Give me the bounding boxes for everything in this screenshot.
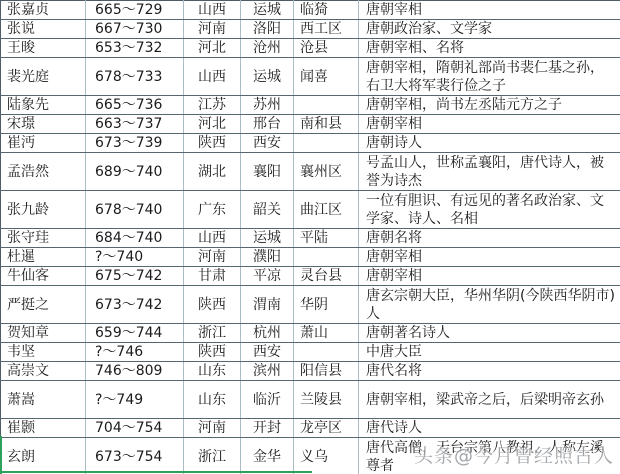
- table-row: 牛仙客675～742甘肃平凉灵台县唐朝宰相: [1, 267, 620, 286]
- cell-years[interactable]: 665～729: [86, 1, 184, 20]
- cell-district[interactable]: 华阴: [294, 286, 359, 324]
- cell-province[interactable]: 河北: [184, 39, 241, 58]
- selection-border-bottom: [0, 471, 312, 473]
- cell-description[interactable]: 唐朝宰相，梁武帝之后，后梁明帝玄孙: [359, 381, 620, 419]
- cell-city[interactable]: 韶关: [241, 191, 294, 229]
- cell-province[interactable]: 陕西: [184, 343, 241, 362]
- cell-district[interactable]: [294, 134, 359, 153]
- table-row: 孟浩然689～740湖北襄阳襄州区号孟山人，世称孟襄阳，唐代诗人，被誉为诗杰: [1, 153, 620, 191]
- cell-province[interactable]: 河南: [184, 248, 241, 267]
- cell-city[interactable]: 渭南: [241, 286, 294, 324]
- cell-name[interactable]: 牛仙客: [1, 267, 86, 286]
- table-row: 张九龄678～740广东韶关曲江区一位有胆识、有远见的著名政治家、文学家、诗人、…: [1, 191, 620, 229]
- cell-district[interactable]: 兰陵县: [294, 381, 359, 419]
- table-row: 韦坚?～746陕西西安中唐大臣: [1, 343, 620, 362]
- cell-years[interactable]: 678～740: [86, 191, 184, 229]
- cell-city[interactable]: 运城: [241, 229, 294, 248]
- cell-province[interactable]: 陕西: [184, 134, 241, 153]
- cell-years[interactable]: 746～809: [86, 362, 184, 381]
- table-row: 王晙653～732河北沧州沧县唐朝宰相、名将: [1, 39, 620, 58]
- cell-years[interactable]: ?～740: [86, 248, 184, 267]
- table-row: 严挺之673～742陕西渭南华阴唐玄宗朝大臣，华州华阴(今陕西华阴市)人: [1, 286, 620, 324]
- spreadsheet-screenshot: 张嘉贞665～729山西运城临猗唐朝宰相张说667～730河南洛阳西工区唐朝政治…: [0, 0, 620, 474]
- cell-name[interactable]: 贺知章: [1, 324, 86, 343]
- cell-city[interactable]: 杭州: [241, 324, 294, 343]
- cell-province[interactable]: 陕西: [184, 286, 241, 324]
- cell-district[interactable]: 西工区: [294, 20, 359, 39]
- cell-district[interactable]: 南和县: [294, 115, 359, 134]
- cell-district[interactable]: 临猗: [294, 1, 359, 20]
- cell-years[interactable]: 673～742: [86, 286, 184, 324]
- cell-district[interactable]: 灵台县: [294, 267, 359, 286]
- cell-years[interactable]: 673～739: [86, 134, 184, 153]
- cell-name[interactable]: 张嘉贞: [1, 1, 86, 20]
- cell-description[interactable]: 唐朝宰相: [359, 115, 620, 134]
- cell-name[interactable]: 孟浩然: [1, 153, 86, 191]
- cell-district[interactable]: [294, 343, 359, 362]
- cell-years[interactable]: 675～742: [86, 267, 184, 286]
- cell-city[interactable]: 运城: [241, 58, 294, 96]
- table-row: 玄朗673～754浙江金华义乌唐代高僧，天台宗第八教祖，人称左溪尊者: [1, 438, 620, 474]
- cell-name[interactable]: 严挺之: [1, 286, 86, 324]
- cell-province[interactable]: 浙江: [184, 438, 241, 474]
- table-body: 张嘉贞665～729山西运城临猗唐朝宰相张说667～730河南洛阳西工区唐朝政治…: [1, 1, 620, 474]
- table-row: 崔颢704～754河南开封龙亭区唐代诗人: [1, 419, 620, 438]
- cell-name[interactable]: 杜暹: [1, 248, 86, 267]
- table-row: 张嘉贞665～729山西运城临猗唐朝宰相: [1, 1, 620, 20]
- cell-district[interactable]: 义乌: [294, 438, 359, 474]
- cell-name[interactable]: 韦坚: [1, 343, 86, 362]
- cell-city[interactable]: 开封: [241, 419, 294, 438]
- cell-name[interactable]: 宋璟: [1, 115, 86, 134]
- cell-district[interactable]: 龙亭区: [294, 419, 359, 438]
- cell-name[interactable]: 萧嵩: [1, 381, 86, 419]
- cell-city[interactable]: 襄阳: [241, 153, 294, 191]
- cell-city[interactable]: 平凉: [241, 267, 294, 286]
- cell-city[interactable]: 苏州: [241, 96, 294, 115]
- cell-years[interactable]: 653～732: [86, 39, 184, 58]
- cell-city[interactable]: 临沂: [241, 381, 294, 419]
- cell-district[interactable]: 闻喜: [294, 58, 359, 96]
- cell-city[interactable]: 洛阳: [241, 20, 294, 39]
- cell-name[interactable]: 裴光庭: [1, 58, 86, 96]
- cell-city[interactable]: 滨州: [241, 362, 294, 381]
- cell-city[interactable]: 西安: [241, 134, 294, 153]
- cell-name[interactable]: 张说: [1, 20, 86, 39]
- cell-city[interactable]: 邢台: [241, 115, 294, 134]
- cell-description[interactable]: 唐朝诗人: [359, 134, 620, 153]
- cell-district[interactable]: [294, 248, 359, 267]
- cell-description[interactable]: 唐朝宰相，隋朝礼部尚书裴仁基之孙，右卫大将军裴行俭之子: [359, 58, 620, 96]
- cell-years[interactable]: 684～740: [86, 229, 184, 248]
- cell-district[interactable]: 萧山: [294, 324, 359, 343]
- cell-description[interactable]: 唐代名将: [359, 362, 620, 381]
- cell-district[interactable]: 襄州区: [294, 153, 359, 191]
- cell-province[interactable]: 山东: [184, 381, 241, 419]
- cell-province[interactable]: 浙江: [184, 324, 241, 343]
- cell-district[interactable]: 曲江区: [294, 191, 359, 229]
- cell-district[interactable]: [294, 96, 359, 115]
- cell-name[interactable]: 王晙: [1, 39, 86, 58]
- table-row: 杜暹?～740河南濮阳唐朝宰相: [1, 248, 620, 267]
- cell-description[interactable]: 唐朝宰相: [359, 1, 620, 20]
- cell-city[interactable]: 濮阳: [241, 248, 294, 267]
- table-row: 张守珪684～740山西运城平陆唐朝名将: [1, 229, 620, 248]
- cell-description[interactable]: 唐朝宰相: [359, 267, 620, 286]
- cell-years[interactable]: 659～744: [86, 324, 184, 343]
- cell-city[interactable]: 西安: [241, 343, 294, 362]
- cell-description[interactable]: 一位有胆识、有远见的著名政治家、文学家、诗人、名相: [359, 191, 620, 229]
- cell-description[interactable]: 中唐大臣: [359, 343, 620, 362]
- cell-province[interactable]: 甘肃: [184, 267, 241, 286]
- cell-province[interactable]: 湖北: [184, 153, 241, 191]
- cell-description[interactable]: 号孟山人，世称孟襄阳，唐代诗人，被誉为诗杰: [359, 153, 620, 191]
- cell-city[interactable]: 沧州: [241, 39, 294, 58]
- cell-name[interactable]: 张守珪: [1, 229, 86, 248]
- cell-years[interactable]: 689～740: [86, 153, 184, 191]
- table-row: 裴光庭678～733山西运城闻喜唐朝宰相，隋朝礼部尚书裴仁基之孙，右卫大将军裴行…: [1, 58, 620, 96]
- cell-province[interactable]: 山东: [184, 362, 241, 381]
- cell-description[interactable]: 唐朝宰相: [359, 248, 620, 267]
- cell-city[interactable]: 运城: [241, 1, 294, 20]
- table-row: 贺知章659～744浙江杭州萧山唐朝著名诗人: [1, 324, 620, 343]
- cell-description[interactable]: 唐朝政治家、文学家: [359, 20, 620, 39]
- cell-province[interactable]: 河北: [184, 115, 241, 134]
- cell-years[interactable]: 678～733: [86, 58, 184, 96]
- cell-district[interactable]: 阳信县: [294, 362, 359, 381]
- cell-district[interactable]: 平陆: [294, 229, 359, 248]
- cell-province[interactable]: 河南: [184, 419, 241, 438]
- table-row: 张说667～730河南洛阳西工区唐朝政治家、文学家: [1, 20, 620, 39]
- people-table: 张嘉贞665～729山西运城临猗唐朝宰相张说667～730河南洛阳西工区唐朝政治…: [0, 0, 620, 474]
- cell-province[interactable]: 广东: [184, 191, 241, 229]
- cell-name[interactable]: 崔沔: [1, 134, 86, 153]
- cell-province[interactable]: 河南: [184, 20, 241, 39]
- cell-description[interactable]: 唐玄宗朝大臣，华州华阴(今陕西华阴市)人: [359, 286, 620, 324]
- cell-years[interactable]: 665～736: [86, 96, 184, 115]
- table-row: 高崇文746～809山东滨州阳信县唐代名将: [1, 362, 620, 381]
- cell-years[interactable]: 663～737: [86, 115, 184, 134]
- cell-description[interactable]: 唐代高僧，天台宗第八教祖，人称左溪尊者: [359, 438, 620, 474]
- cell-name[interactable]: 玄朗: [1, 438, 86, 474]
- cell-description[interactable]: 唐朝宰相、名将: [359, 39, 620, 58]
- table-row: 陆象先665～736江苏苏州唐朝宰相，尚书左丞陆元方之子: [1, 96, 620, 115]
- cell-name[interactable]: 张九龄: [1, 191, 86, 229]
- cell-description[interactable]: 唐朝宰相，尚书左丞陆元方之子: [359, 96, 620, 115]
- cell-name[interactable]: 崔颢: [1, 419, 86, 438]
- cell-province[interactable]: 山西: [184, 229, 241, 248]
- cell-years[interactable]: 673～754: [86, 438, 184, 474]
- table-row: 崔沔673～739陕西西安唐朝诗人: [1, 134, 620, 153]
- cell-province[interactable]: 山西: [184, 1, 241, 20]
- cell-province[interactable]: 江苏: [184, 96, 241, 115]
- cell-city[interactable]: 金华: [241, 438, 294, 474]
- table-row: 宋璟663～737河北邢台南和县唐朝宰相: [1, 115, 620, 134]
- table-row: 萧嵩?～749山东临沂兰陵县唐朝宰相，梁武帝之后，后梁明帝玄孙: [1, 381, 620, 419]
- cell-description[interactable]: 唐朝名将: [359, 229, 620, 248]
- cell-province[interactable]: 山西: [184, 58, 241, 96]
- cell-description[interactable]: 唐代诗人: [359, 419, 620, 438]
- selection-border-left: [0, 436, 2, 474]
- cell-name[interactable]: 高崇文: [1, 362, 86, 381]
- cell-name[interactable]: 陆象先: [1, 96, 86, 115]
- cell-description[interactable]: 唐朝著名诗人: [359, 324, 620, 343]
- cell-years[interactable]: ?～749: [86, 381, 184, 419]
- cell-years[interactable]: 704～754: [86, 419, 184, 438]
- cell-district[interactable]: 沧县: [294, 39, 359, 58]
- cell-years[interactable]: ?～746: [86, 343, 184, 362]
- cell-years[interactable]: 667～730: [86, 20, 184, 39]
